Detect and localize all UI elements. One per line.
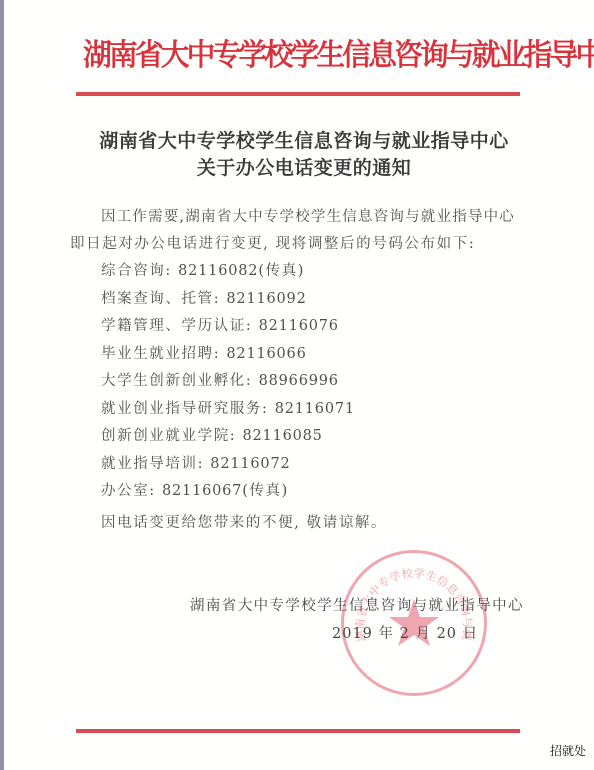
intro-paragraph-line2: 即日起对办公电话进行变更, 现将调整后的号码公布如下:: [70, 234, 475, 254]
signature-org: 湖南省大中专学校学生信息咨询与就业指导中心: [190, 596, 524, 616]
contact-item-general-consulting: 综合咨询: 82116082(传真): [101, 261, 355, 289]
official-seal-stamp: 湖南省大中专学校学生信息咨询与就业指导中心: [341, 550, 487, 696]
contact-note: (传真): [258, 263, 305, 279]
contact-label: 办公室:: [101, 483, 162, 499]
letterhead-org-name: 湖南省大中专学校学生信息咨询与就业指导中心: [83, 36, 515, 76]
document-page: 湖南省大中专学校学生信息咨询与就业指导中心 湖南省大中专学校学生信息咨询与就业指…: [4, 0, 594, 770]
contact-item-student-records: 学籍管理、学历认证: 82116076: [101, 316, 355, 344]
contact-number: 82116066: [226, 346, 306, 362]
contact-item-guidance-training: 就业指导培训: 82116072: [101, 454, 355, 482]
footer-red-rule: [76, 729, 520, 733]
closing-apology: 因电话变更给您带来的不便, 敬请谅解。: [101, 513, 387, 533]
contact-label: 档案查询、托管:: [101, 291, 226, 307]
contact-item-archives: 档案查询、托管: 82116092: [101, 289, 355, 317]
contact-list: 综合咨询: 82116082(传真) 档案查询、托管: 82116092 学籍管…: [101, 261, 355, 509]
contact-label: 毕业生就业招聘:: [101, 346, 226, 362]
contact-note: (传真): [242, 483, 289, 499]
contact-item-guidance-research: 就业创业指导研究服务: 82116071: [101, 399, 355, 427]
contact-number: 82116067: [162, 483, 242, 499]
seal-star-icon: 湖南省大中专学校学生信息咨询与就业指导中心: [344, 553, 484, 693]
notice-title-org: 湖南省大中专学校学生信息咨询与就业指导中心: [64, 128, 544, 154]
signature-date: 2019 年 2 月 20 日: [332, 624, 478, 644]
footer-department-label: 招就处: [550, 744, 586, 758]
letterhead-red-rule: [76, 92, 520, 96]
contact-label: 就业创业指导研究服务:: [101, 401, 275, 417]
contact-number: 88966996: [259, 373, 339, 389]
contact-label: 就业指导培训:: [101, 456, 210, 472]
contact-number: 82116082: [178, 263, 258, 279]
contact-label: 创新创业就业学院:: [101, 428, 243, 444]
contact-number: 82116092: [226, 291, 306, 307]
intro-paragraph-line1: 因工作需要,湖南省大中专学校学生信息咨询与就业指导中心: [101, 207, 515, 227]
contact-item-office: 办公室: 82116067(传真): [101, 481, 355, 509]
contact-number: 82116076: [259, 318, 339, 334]
notice-title-subject: 关于办公电话变更的通知: [64, 155, 544, 181]
contact-number: 82116072: [210, 456, 290, 472]
contact-item-graduate-recruitment: 毕业生就业招聘: 82116066: [101, 344, 355, 372]
contact-item-startup-incubation: 大学生创新创业孵化: 88966996: [101, 371, 355, 399]
contact-label: 大学生创新创业孵化:: [101, 373, 259, 389]
contact-label: 综合咨询:: [101, 263, 178, 279]
contact-item-innovation-college: 创新创业就业学院: 82116085: [101, 426, 355, 454]
contact-label: 学籍管理、学历认证:: [101, 318, 259, 334]
contact-number: 82116085: [243, 428, 323, 444]
contact-number: 82116071: [275, 401, 355, 417]
